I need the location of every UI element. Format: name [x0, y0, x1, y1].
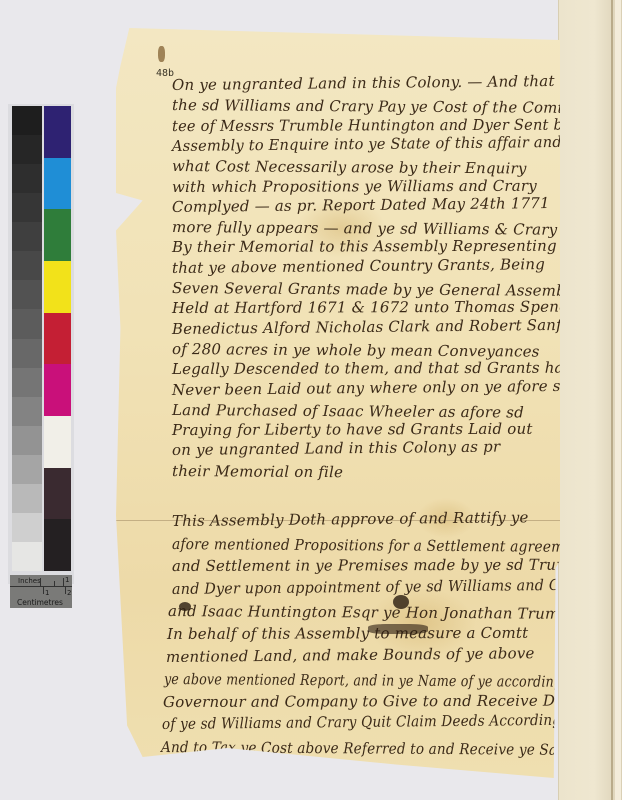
color-calibration-target: [8, 104, 74, 584]
gray-step-patch: [12, 222, 42, 251]
color-patch: [44, 468, 71, 520]
ruler-tick-mark: [40, 578, 41, 586]
gray-step-patch: [12, 397, 42, 426]
manuscript-line: Land Purchased of Isaac Wheeler as afore…: [172, 401, 562, 422]
color-patch: [44, 261, 71, 313]
ruler-tick-mark: [63, 578, 64, 586]
gray-step-patch: [12, 484, 42, 513]
gray-step-patch: [12, 542, 42, 571]
ruler-tick-mark: [43, 586, 44, 594]
manuscript-line: Assembly to Enquire into ye State of thi…: [172, 133, 552, 155]
scale-ruler: Inches 1 1 2 Centimetres: [10, 575, 72, 608]
color-patch: [44, 106, 71, 158]
gray-step-patch: [12, 426, 42, 455]
ruler-tick-mark: [65, 586, 66, 594]
manuscript-line: their Memorial on file: [172, 462, 562, 483]
ink-blot: [179, 602, 191, 611]
gray-step-patch: [12, 251, 42, 280]
manuscript-line: and Dyer upon appointment of ye sd Willi…: [172, 576, 545, 598]
color-patch: [44, 313, 71, 365]
ruler-inch-tick: 1: [65, 576, 69, 584]
color-patch: [44, 209, 71, 261]
manuscript-line: the sd Williams and Crary Pay ye Cost of…: [172, 96, 560, 117]
manuscript-line: Governour and Company to Give to and Rec…: [163, 691, 553, 710]
manuscript-line: ye above mentioned Report, and in ye Nam…: [164, 670, 493, 690]
manuscript-line: of ye sd Williams and Crary Quit Claim D…: [162, 712, 515, 734]
manuscript-line: tee of Messrs Trumble Huntington and Dye…: [172, 115, 552, 134]
gray-step-patch: [12, 280, 42, 309]
grayscale-strip: [12, 106, 42, 571]
ruler-divider: [10, 586, 72, 587]
manuscript-line: Praying for Liberty to have sd Grants La…: [172, 420, 562, 439]
manuscript-line: on ye ungranted Land in this Colony as p…: [172, 437, 562, 459]
manuscript-line: Seven Several Grants made by ye General …: [172, 279, 562, 300]
manuscript-line: and Isaac Huntington Esqr ye Hon Jonatha…: [168, 602, 558, 623]
manuscript-line: Benedictus Alford Nicholas Clark and Rob…: [172, 316, 560, 338]
manuscript-line: that ye above mentioned Country Grants, …: [172, 255, 562, 277]
manuscript-line: more fully appears — and ye sd Williams …: [172, 218, 562, 239]
gray-step-patch: [12, 455, 42, 484]
binding-fold: [611, 0, 613, 800]
manuscript-line: mentioned Land, and make Bounds of ye ab…: [165, 644, 555, 666]
ink-spot: [158, 46, 165, 62]
manuscript-line: By their Memorial to this Assembly Repre…: [172, 237, 562, 256]
gray-step-patch: [12, 106, 42, 135]
gray-step-patch: [12, 368, 42, 397]
ruler-inches-label: Inches: [18, 577, 41, 585]
manuscript-line: of 280 acres in ye whole by mean Conveya…: [172, 340, 562, 361]
manuscript-line: And to Tax ye Cost above Referred to and…: [161, 738, 514, 758]
gray-step-patch: [12, 164, 42, 193]
ruler-cm-tick-2: 2: [67, 589, 71, 597]
color-patch: [44, 364, 71, 416]
backing-sheet: [558, 0, 622, 800]
manuscript-line: Legally Descended to them, and that sd G…: [172, 359, 562, 378]
manuscript-line: of ye sd Williams and Crary: [160, 759, 550, 778]
gray-step-patch: [12, 135, 42, 164]
gray-step-patch: [12, 339, 42, 368]
manuscript-line: what Cost Necessarily arose by their Enq…: [172, 157, 562, 178]
ruler-cm-label: Centimetres: [17, 598, 63, 607]
color-patch: [44, 519, 71, 571]
binding-edge: [615, 0, 621, 800]
manuscript-line: In behalf of this Assembly to measure a …: [167, 624, 557, 643]
manuscript-line: Held at Hartford 1671 & 1672 unto Thomas…: [172, 298, 562, 317]
manuscript-line: with which Propositions ye Williams and …: [172, 176, 562, 195]
manuscript-line: afore mentioned Propositions for a Settl…: [172, 535, 531, 556]
manuscript-line: Never been Laid out any where only on ye…: [172, 376, 562, 398]
ink-scribble-cancellation: [368, 624, 428, 634]
ruler-tick-mark: [54, 581, 55, 586]
color-patch: [44, 158, 71, 210]
manuscript-page: 48b On ye ungranted Land in this Colony.…: [116, 28, 560, 778]
manuscript-line: This Assembly Doth approve of and Rattif…: [172, 508, 562, 530]
manuscript-line: On ye ungranted Land in this Colony. — A…: [172, 72, 562, 94]
gray-step-patch: [12, 193, 42, 222]
color-patch: [44, 416, 71, 468]
ink-blot: [393, 595, 409, 609]
gray-step-patch: [12, 309, 42, 338]
manuscript-line: and Settlement in ye Premises made by ye…: [172, 556, 559, 575]
gray-step-patch: [12, 513, 42, 542]
manuscript-line: Complyed — as pr. Report Dated May 24th …: [172, 194, 562, 216]
ruler-cm-tick-1: 1: [45, 589, 49, 597]
color-patch-strip: [44, 106, 71, 571]
